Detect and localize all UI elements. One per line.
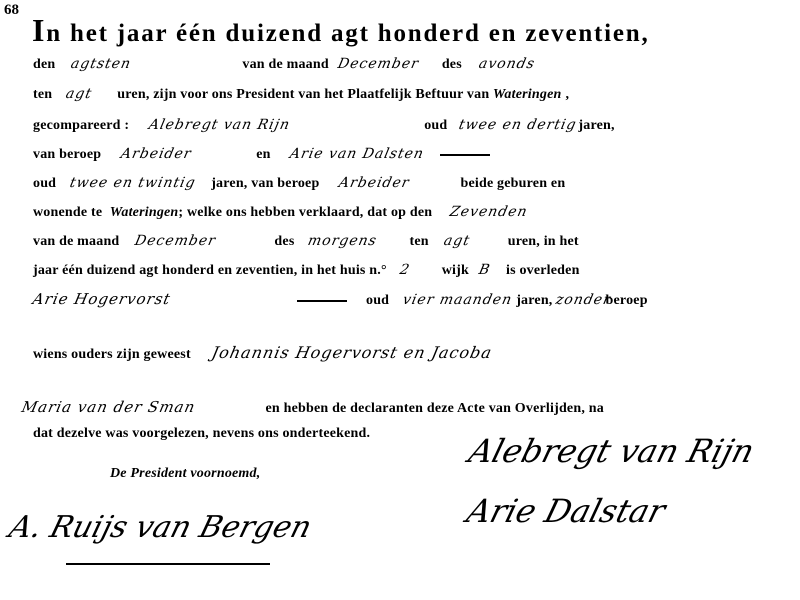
record-line-9: Arie Hogervorst oud vier maanden jaren, … (33, 290, 648, 309)
handwritten-house-number: 2 (399, 262, 430, 278)
handwritten-death-day: Zevenden (448, 204, 529, 220)
printed-text: , (565, 87, 569, 102)
printed-text: wijk (442, 263, 469, 278)
handwritten-death-month: December (133, 233, 254, 249)
printed-text: is overleden (506, 263, 580, 278)
fill-dash (440, 154, 490, 156)
handwritten-declarant-2: Arie van Dalsten (288, 146, 425, 162)
record-line-1: den agtsten van de maand December des av… (33, 56, 535, 73)
heading-initial: I (32, 12, 46, 48)
printed-text: ten (409, 234, 428, 249)
handwritten-deceased-age: vier maanden (401, 292, 514, 308)
signature-underline (66, 563, 270, 565)
heading-text: n het jaar één duizend agt honderd en ze… (46, 20, 649, 47)
printed-text: gecompareerd : (33, 118, 129, 133)
signature-text: Arie Dalstar (463, 492, 670, 530)
declarant-2-signature: Arie Dalstar (468, 492, 664, 530)
printed-text: oud (424, 118, 447, 133)
printed-text: wonende te (33, 205, 102, 220)
printed-text: oud (33, 176, 56, 191)
printed-text: en hebben de declaranten deze Acte van O… (266, 401, 604, 416)
handwritten-hour: agt (64, 86, 107, 102)
handwritten-deceased-occupation: zonder (554, 292, 603, 308)
handwritten-age-2: twee en twintig (68, 175, 197, 191)
printed-text: en (256, 147, 270, 162)
printed-text: jaar één duizend agt honderd en zeventie… (33, 263, 387, 278)
printed-text: dat dezelve was voorgelezen, nevens ons … (33, 426, 370, 441)
record-line-4: van beroep Arbeider en Arie van Dalsten (33, 146, 490, 163)
handwritten-declarant-1: Alebregt van Rijn (147, 117, 412, 133)
printed-text: ten (33, 87, 52, 102)
printed-text: des (442, 57, 462, 72)
printed-text: jaren, van beroep (211, 176, 319, 191)
handwritten-deceased-name: Arie Hogervorst (31, 290, 285, 308)
printed-text: des (274, 234, 294, 249)
president-signature: A. Ruijs van Bergen (10, 510, 311, 545)
record-line-5: oud twee en twintig jaren, van beroep Ar… (33, 175, 565, 192)
handwritten-mother-name: Maria van der Sman (20, 398, 262, 416)
printed-text: wiens ouders zijn geweest (33, 347, 191, 362)
handwritten-month: December (337, 56, 436, 72)
handwritten-death-time-of-day: morgens (306, 233, 401, 249)
handwritten-death-hour: agt (443, 233, 496, 249)
place-name: Wateringen (110, 205, 179, 220)
signature-text: Alebregt van Rijn (465, 432, 758, 470)
record-line-7: van de maand December des morgens ten ag… (33, 233, 579, 250)
printed-text: jaren, (516, 293, 552, 308)
printed-text: uren, zijn voor ons President van het Pl… (117, 87, 489, 102)
record-line-10: wiens ouders zijn geweest Johannis Hoger… (33, 343, 492, 363)
printed-text: van de maand (242, 57, 328, 72)
printed-text: jaren, (578, 118, 614, 133)
record-line-8: jaar één duizend agt honderd en zeventie… (33, 262, 580, 279)
printed-text: ; welke ons hebben verklaard, dat op den (178, 205, 432, 220)
printed-text: den (33, 57, 55, 72)
handwritten-parents: Johannis Hogervorst en Jacoba (210, 343, 494, 362)
closing-text: De President voornoemd, (110, 466, 260, 482)
printed-text: van de maand (33, 234, 119, 249)
signature-text: A. Ruijs van Bergen (5, 510, 315, 545)
record-line-3: gecompareerd : Alebregt van Rijn oud twe… (33, 117, 615, 134)
record-line-2: ten agt uren, zijn voor ons President va… (33, 86, 569, 103)
printed-text: beide geburen en (460, 176, 565, 191)
record-heading: In het jaar één duizend agt honderd en z… (32, 12, 650, 49)
handwritten-district: B (477, 262, 500, 278)
handwritten-age-1: twee en dertig (457, 117, 570, 133)
page-number: 68 (4, 2, 19, 19)
record-line-11: Maria van der Sman en hebben de declaran… (22, 398, 604, 417)
record-line-6: wonende te Wateringen; welke ons hebben … (33, 204, 527, 221)
fill-dash (297, 300, 347, 302)
place-name: Wateringen (493, 87, 562, 102)
record-line-12: dat dezelve was voorgelezen, nevens ons … (33, 426, 370, 442)
handwritten-occupation-1: Arbeider (119, 146, 232, 162)
handwritten-occupation-2: Arbeider (337, 175, 440, 191)
printed-text: oud (366, 293, 389, 308)
declarant-1-signature: Alebregt van Rijn (470, 432, 753, 470)
printed-text: uren, in het (508, 234, 579, 249)
handwritten-day: agtsten (69, 56, 222, 72)
printed-text: van beroep (33, 147, 101, 162)
handwritten-time-of-day: avonds (478, 56, 537, 72)
